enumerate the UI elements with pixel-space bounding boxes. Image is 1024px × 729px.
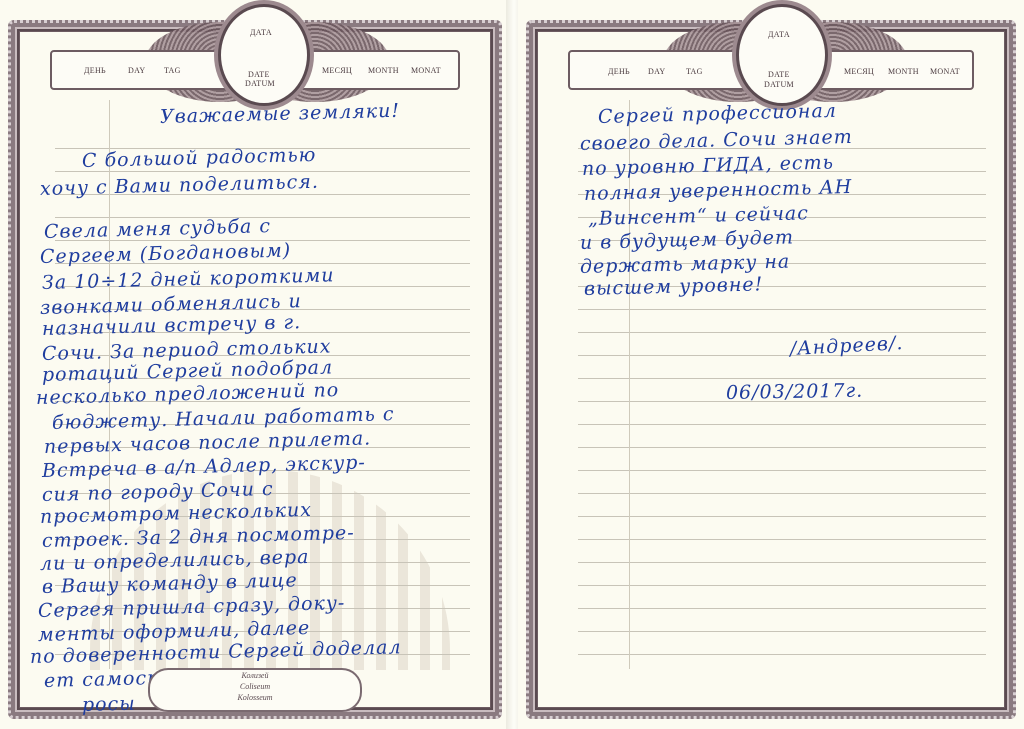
header-label-month-ru: МЕСЯЦ	[844, 67, 874, 76]
right-page: ДАТА ДЕНЬ DAY TAG DATE DATUM МЕСЯЦ MONTH…	[518, 0, 1024, 729]
header-label-data: ДАТА	[250, 28, 272, 37]
header-label-day-de: TAG	[164, 66, 181, 75]
header-label-day-en: DAY	[128, 66, 146, 75]
header-label-day-ru: ДЕНЬ	[608, 67, 630, 76]
footer-caption-de: Kolosseum	[150, 692, 360, 703]
date-medallion	[736, 4, 828, 106]
footer-caption-ru: Колизей	[150, 670, 360, 681]
footer-caption-plate: Колизей Coliseum Kolosseum	[148, 668, 362, 712]
header-label-month-de: MONAT	[411, 66, 441, 75]
header-label-day-de: TAG	[686, 67, 703, 76]
header-label-data: ДАТА	[768, 30, 790, 39]
left-page: ДАТА ДЕНЬ DAY TAG DATE DATUM МЕСЯЦ MONTH…	[0, 0, 510, 729]
header-label-day-en: DAY	[648, 67, 666, 76]
handwritten-line: росы	[82, 693, 136, 717]
date-medallion	[218, 4, 310, 106]
signature-date: 06/03/2017г.	[726, 380, 864, 405]
header-label-date-en: DATE	[768, 70, 790, 79]
header-label-month-en: MONTH	[888, 67, 919, 76]
header-label-day-ru: ДЕНЬ	[84, 66, 106, 75]
header-label-date-de: DATUM	[245, 79, 275, 88]
header-label-date-en: DATE	[248, 70, 270, 79]
footer-caption-en: Coliseum	[150, 681, 360, 692]
header-label-date-de: DATUM	[764, 80, 794, 89]
handwritten-line: высшем уровне!	[584, 273, 764, 301]
header-label-month-de: MONAT	[930, 67, 960, 76]
header-label-month-en: MONTH	[368, 66, 399, 75]
header-label-month-ru: МЕСЯЦ	[322, 66, 352, 75]
